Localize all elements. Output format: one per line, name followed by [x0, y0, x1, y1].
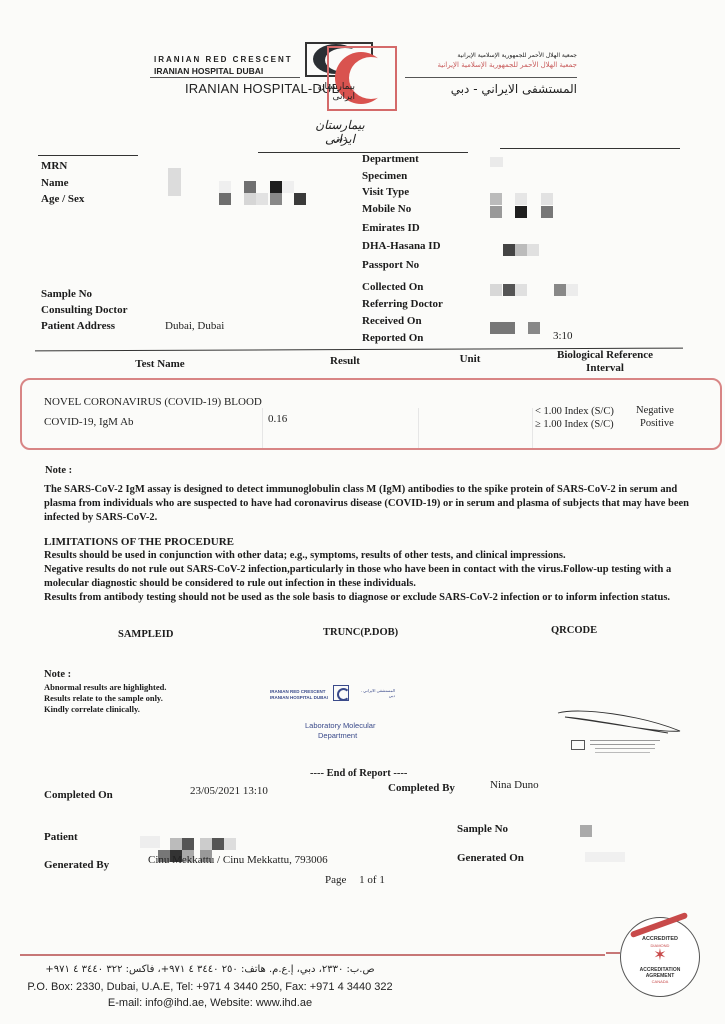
accreditation-badge: ACCREDITED DIAMOND ✶ ACCREDITATION AGREM… — [620, 917, 700, 997]
completed-on-value: 23/05/2021 13:10 — [190, 785, 268, 797]
patient-address-label: Patient Address — [41, 320, 115, 332]
mobile-no-label: Mobile No — [362, 203, 411, 215]
page-current: 1 — [359, 874, 365, 886]
column-header-reference-interval: Biological Reference Interval — [545, 349, 665, 375]
passport-no-label: Passport No — [362, 259, 419, 271]
badge-line-1: ACCREDITED — [621, 936, 699, 942]
visit-type-label: Visit Type — [362, 186, 409, 198]
completed-by-label: Completed By — [388, 782, 455, 794]
generated-on-label: Generated On — [457, 852, 524, 864]
footer-contact: E-mail: info@ihd.ae, Website: www.ihd.ae — [20, 997, 400, 1009]
city-fa: دبی — [320, 134, 360, 144]
stamp-org-1: IRANIAN RED CRESCENT — [270, 689, 326, 694]
emirates-id-label: Emirates ID — [362, 222, 420, 234]
column-header-unit: Unit — [440, 353, 500, 365]
referring-doctor-label: Referring Doctor — [362, 298, 443, 310]
note2-line-1: Abnormal results are highlighted. — [44, 682, 166, 693]
stamp-dept-2: Department — [318, 731, 357, 740]
note-text: The SARS-CoV-2 IgM assay is designed to … — [44, 483, 689, 525]
signature-scribble-icon — [550, 705, 690, 745]
reference-interpretation-positive: Positive — [640, 418, 674, 429]
end-of-report: ---- End of Report ---- — [310, 767, 407, 781]
test-name: COVID-19, IgM Ab — [44, 416, 134, 428]
org-name-en-mid: IRANIAN HOSPITAL DUBAI — [154, 66, 263, 76]
footer-address-ar: ص.ب: ٢٣٣٠، دبي، إ.ع.م. هاتف: ٢٥٠ ٣٤٤٠ ٤ … — [20, 964, 400, 975]
page-total: 1 — [379, 874, 385, 886]
note2-line-2: Results relate to the sample only. — [44, 693, 163, 704]
hospital-name-fa-small: بیمارستان ایرانی — [305, 82, 355, 102]
sample-no-label: Sample No — [41, 288, 92, 300]
completed-by-value: Nina Duno — [490, 779, 539, 791]
org-name-en-small: IRANIAN RED CRESCENT — [154, 55, 293, 64]
specimen-label: Specimen — [362, 170, 407, 182]
footer-rule — [20, 954, 605, 956]
stamp-org-ar: المستشفى الايراني - دبي — [355, 688, 395, 698]
trunc-dob-label: TRUNC(P.DOB) — [323, 626, 398, 640]
department-label: Department — [362, 153, 419, 165]
reference-interpretation-negative: Negative — [636, 405, 674, 416]
limitations-title: LIMITATIONS OF THE PROCEDURE — [44, 535, 234, 549]
patient-label: Patient — [44, 831, 78, 843]
page-of: of — [367, 874, 376, 886]
dha-hasana-id-label: DHA-Hasana ID — [362, 240, 441, 252]
limitations-line-3: Results from antibody testing should not… — [44, 591, 689, 605]
age-sex-label: Age / Sex — [41, 193, 84, 205]
patient-address-value: Dubai, Dubai — [165, 320, 224, 332]
org-name-ar-red: جمعية الهلال الأحمر للجمهورية الإسلامية … — [405, 61, 577, 69]
received-on-label: Received On — [362, 315, 422, 327]
sampleid-label: SAMPLEID — [118, 628, 173, 642]
highlight-outline — [20, 378, 722, 450]
collected-on-label: Collected On — [362, 281, 423, 293]
note2-title: Note : — [44, 668, 71, 682]
generated-by-value: Cinu Mekkattu / Cinu Mekkattu, 793006 — [148, 854, 328, 866]
redacted-sample-no — [580, 825, 592, 837]
page-label: Page — [325, 874, 346, 886]
badge-line-5: CANADA — [621, 979, 699, 984]
column-header-test-name: Test Name — [95, 358, 225, 370]
reported-on-label: Reported On — [362, 332, 423, 344]
stamp-org-2: IRANIAN HOSPITAL DUBAI — [270, 695, 328, 700]
stamp-crescent-icon — [333, 685, 349, 701]
column-header-result: Result — [305, 355, 385, 367]
mrn-label: MRN — [41, 160, 67, 172]
qrcode-label: QRCODE — [551, 624, 597, 638]
limitations-line-1: Results should be used in conjunction wi… — [44, 549, 684, 563]
test-result: 0.16 — [268, 413, 287, 425]
reported-on-value: 3:10 — [553, 330, 573, 342]
completed-on-label: Completed On — [44, 789, 113, 801]
name-label: Name — [41, 177, 69, 189]
note2-line-3: Kindly correlate clinically. — [44, 704, 140, 715]
footer-address-en: P.O. Box: 2330, Dubai, U.A.E, Tel: +971 … — [20, 981, 400, 993]
sample-no-footer-label: Sample No — [457, 823, 508, 835]
note-title: Note : — [45, 464, 72, 478]
hospital-name-ar: المستشفى الايراني - دبي — [405, 82, 577, 96]
limitations-line-2: Negative results do not rule out SARS-Co… — [44, 563, 689, 591]
org-name-ar-small: جمعية الهلال الأحمر للجمهورية الإسلامية … — [405, 52, 577, 59]
page-indicator: Page 1 of 1 — [325, 874, 385, 886]
generated-by-label: Generated By — [44, 859, 109, 871]
redacted-generated-on — [585, 852, 625, 862]
consulting-doctor-label: Consulting Doctor — [41, 304, 127, 316]
badge-star-icon: ✶ — [621, 948, 699, 964]
reference-range-positive: ≥ 1.00 Index (S/C) — [535, 419, 614, 430]
reference-range-negative: < 1.00 Index (S/C) — [535, 406, 614, 417]
stamp-dept-1: Laboratory Molecular — [305, 721, 375, 730]
test-group-name: NOVEL CORONAVIRUS (COVID-19) BLOOD — [44, 396, 262, 408]
